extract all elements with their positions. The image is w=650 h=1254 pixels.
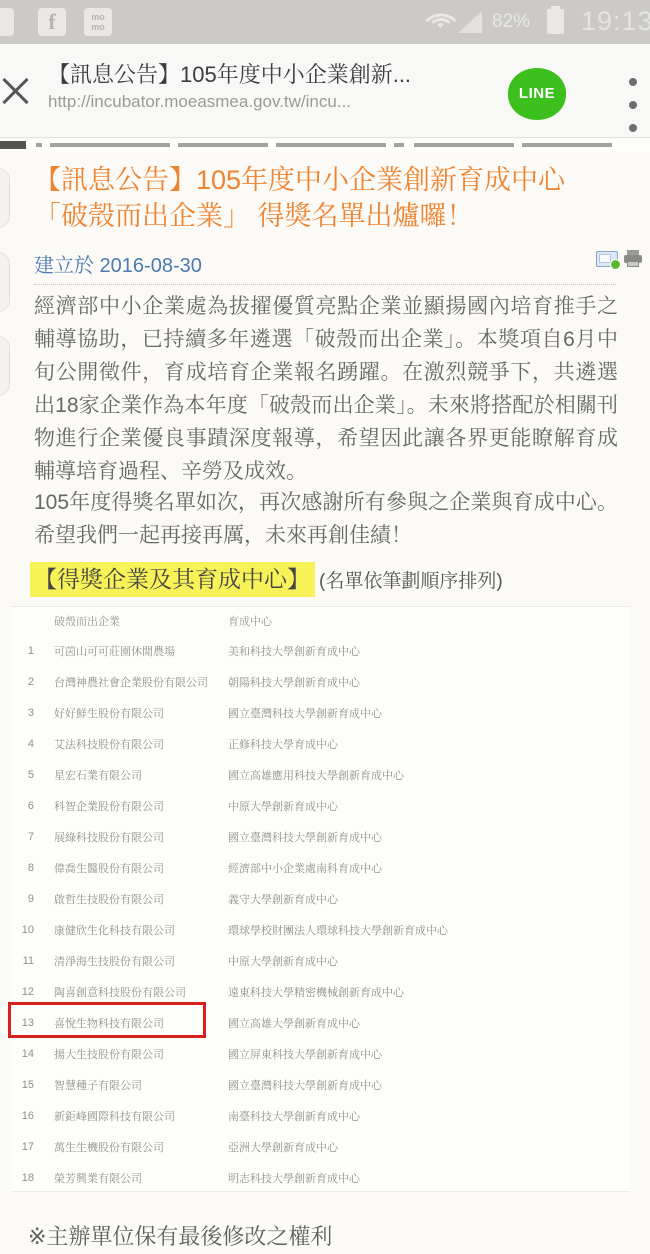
browser-page-title[interactable]: 【訊息公告】105年度中小企業創新... (48, 58, 488, 89)
footer-note: ※主辦單位保有最後修改之權利 (28, 1220, 332, 1251)
cell-center: 國立高雄應用科技大學創新育成中心 (228, 767, 630, 783)
cell-company: 科智企業股份有限公司 (54, 798, 228, 814)
cell-center: 國立臺灣科技大學創新育成中心 (228, 829, 630, 845)
close-icon[interactable] (0, 72, 34, 110)
table-row: 4艾法科技股份有限公司正修科技大學育成中心 (12, 728, 630, 759)
winners-heading-highlight: 【得獎企業及其育成中心】 (30, 562, 315, 597)
cell-center: 經濟部中小企業處南科育成中心 (228, 860, 630, 876)
page-edge-tab (0, 336, 10, 396)
cellular-signal-icon (458, 11, 482, 33)
cell-company: 萬生生機股份有限公司 (54, 1139, 228, 1155)
table-row: 2台灣神農社會企業股份有限公司朝陽科技大學創新育成中心 (12, 666, 630, 697)
article-title-line2: 「破殼而出企業」 得獎名單出爐囉！ (34, 198, 620, 234)
facebook-notification-icon: f (38, 8, 66, 36)
cell-center: 環球學校財團法人環球科技大學創新育成中心 (228, 922, 630, 938)
mini-breadcrumb-bar (0, 139, 650, 152)
page-edge-tab (0, 168, 10, 228)
created-date: 建立於 2016-08-30 (34, 249, 202, 278)
table-row: 1可茵山可可莊園休閒農場美和科技大學創新育成中心 (12, 635, 630, 666)
page-edge-tab (0, 252, 10, 312)
cell-company: 展綠科技股份有限公司 (54, 829, 228, 845)
cell-no: 16 (12, 1110, 34, 1122)
cell-center: 義守大學創新育成中心 (228, 891, 630, 907)
cell-company: 揚大生技股份有限公司 (54, 1046, 228, 1062)
awards-table: 破殼而出企業 育成中心 1可茵山可可莊園休閒農場美和科技大學創新育成中心 2台灣… (12, 606, 630, 1192)
table-row: 8偉喬生醫股份有限公司經濟部中小企業處南科育成中心 (12, 852, 630, 883)
cell-no: 8 (12, 862, 34, 874)
table-row: 16新鉅峰國際科技有限公司南臺科技大學創新育成中心 (12, 1100, 630, 1131)
phone-screen: f momo 82% 19:13 【訊息公告】105年度中小企業創新... ht… (0, 0, 650, 1254)
table-row: 6科智企業股份有限公司中原大學創新育成中心 (12, 790, 630, 821)
cell-center: 亞洲大學創新育成中心 (228, 1139, 630, 1155)
cell-company: 新鉅峰國際科技有限公司 (54, 1108, 228, 1124)
cell-center: 遠東科技大學精密機械創新育成中心 (228, 984, 630, 1000)
winners-heading: 【得獎企業及其育成中心】(名單依筆劃順序排列) (30, 561, 630, 594)
cell-company: 榮芳興業有限公司 (54, 1170, 228, 1186)
cell-no: 14 (12, 1048, 34, 1060)
table-row: 9啟哲生技股份有限公司義守大學創新育成中心 (12, 883, 630, 914)
table-row: 15智慧種子有限公司國立臺灣科技大學創新育成中心 (12, 1069, 630, 1100)
cell-center: 美和科技大學創新育成中心 (228, 643, 630, 659)
cell-no: 5 (12, 769, 34, 781)
cell-no: 17 (12, 1141, 34, 1153)
cell-company: 艾法科技股份有限公司 (54, 736, 228, 752)
paragraph-1: 經濟部中小企業處為拔擢優質亮點企業並顯揚國內培育推手之輔導協助，已持續多年遴選「… (34, 290, 618, 488)
table-row: 7展綠科技股份有限公司國立臺灣科技大學創新育成中心 (12, 821, 630, 852)
paragraph-2: 105年度得獎名單如次，再次感謝所有參與之企業與育成中心。希望我們一起再接再厲，… (34, 486, 618, 552)
cell-no: 4 (12, 738, 34, 750)
cell-company: 台灣神農社會企業股份有限公司 (54, 674, 228, 690)
header-company: 破殼而出企業 (54, 613, 228, 629)
cell-company: 啟哲生技股份有限公司 (54, 891, 228, 907)
table-row: 3好好鮮生股份有限公司國立臺灣科技大學創新育成中心 (12, 697, 630, 728)
cell-no: 7 (12, 831, 34, 843)
status-clock: 19:13 (581, 6, 650, 37)
table-row: 18榮芳興業有限公司明志科技大學創新育成中心 (12, 1162, 630, 1193)
table-row: 14揚大生技股份有限公司國立屏東科技大學創新育成中心 (12, 1038, 630, 1069)
cell-company: 偉喬生醫股份有限公司 (54, 860, 228, 876)
article-title: 【訊息公告】105年度中小企業創新育成中心 「破殼而出企業」 得獎名單出爐囉！ (34, 162, 620, 234)
browser-header: 【訊息公告】105年度中小企業創新... http://incubator.mo… (0, 44, 650, 138)
table-row: 10康健欣生化科技有限公司環球學校財團法人環球科技大學創新育成中心 (12, 914, 630, 945)
cell-no: 3 (12, 707, 34, 719)
wifi-icon (428, 9, 454, 33)
cell-center: 中原大學創新育成中心 (228, 953, 630, 969)
email-icon[interactable] (596, 251, 618, 267)
header-center: 育成中心 (228, 613, 630, 629)
winners-heading-note: (名單依筆劃順序排列) (319, 571, 503, 592)
cell-center: 國立高雄大學創新育成中心 (228, 1015, 630, 1031)
cell-no: 11 (12, 955, 34, 967)
battery-icon (547, 9, 564, 34)
table-row: 5星宏石業有限公司國立高雄應用科技大學創新育成中心 (12, 759, 630, 790)
table-row: 11清淨海生技股份有限公司中原大學創新育成中心 (12, 945, 630, 976)
cell-center: 國立臺灣科技大學創新育成中心 (228, 1077, 630, 1093)
print-icon[interactable] (624, 250, 642, 268)
table-row: 17萬生生機股份有限公司亞洲大學創新育成中心 (12, 1131, 630, 1162)
cell-center: 國立臺灣科技大學創新育成中心 (228, 705, 630, 721)
cell-center: 南臺科技大學創新育成中心 (228, 1108, 630, 1124)
cell-no: 6 (12, 800, 34, 812)
red-annotation-box (8, 1002, 206, 1038)
cell-center: 明志科技大學創新育成中心 (228, 1170, 630, 1186)
cell-center: 中原大學創新育成中心 (228, 798, 630, 814)
cell-center: 朝陽科技大學創新育成中心 (228, 674, 630, 690)
cell-no: 15 (12, 1079, 34, 1091)
status-bar: f momo 82% 19:13 (0, 0, 650, 44)
browser-url[interactable]: http://incubator.moeasmea.gov.tw/incu... (48, 92, 488, 112)
table-header-row: 破殼而出企業 育成中心 (12, 607, 630, 635)
overflow-menu-icon[interactable] (626, 78, 640, 132)
cell-company: 可茵山可可莊園休閒農場 (54, 643, 228, 659)
cell-company: 康健欣生化科技有限公司 (54, 922, 228, 938)
cell-no: 10 (12, 924, 34, 936)
cell-center: 國立屏東科技大學創新育成中心 (228, 1046, 630, 1062)
cell-company: 好好鮮生股份有限公司 (54, 705, 228, 721)
line-share-button[interactable]: LINE (508, 68, 566, 120)
cell-company: 陶喜創意科技股份有限公司 (54, 984, 228, 1000)
notification-app-icon (0, 8, 14, 36)
cell-company: 清淨海生技股份有限公司 (54, 953, 228, 969)
cell-no: 1 (12, 645, 34, 657)
cell-no: 18 (12, 1172, 34, 1184)
cell-company: 智慧種子有限公司 (54, 1077, 228, 1093)
cell-no: 12 (12, 986, 34, 998)
cell-center: 正修科技大學育成中心 (228, 736, 630, 752)
cell-no: 2 (12, 676, 34, 688)
cell-no: 9 (12, 893, 34, 905)
cell-company: 星宏石業有限公司 (54, 767, 228, 783)
divider (34, 284, 616, 285)
battery-percent: 82% (492, 11, 530, 33)
momo-notification-icon: momo (84, 8, 112, 36)
article-title-line1: 【訊息公告】105年度中小企業創新育成中心 (34, 162, 620, 198)
